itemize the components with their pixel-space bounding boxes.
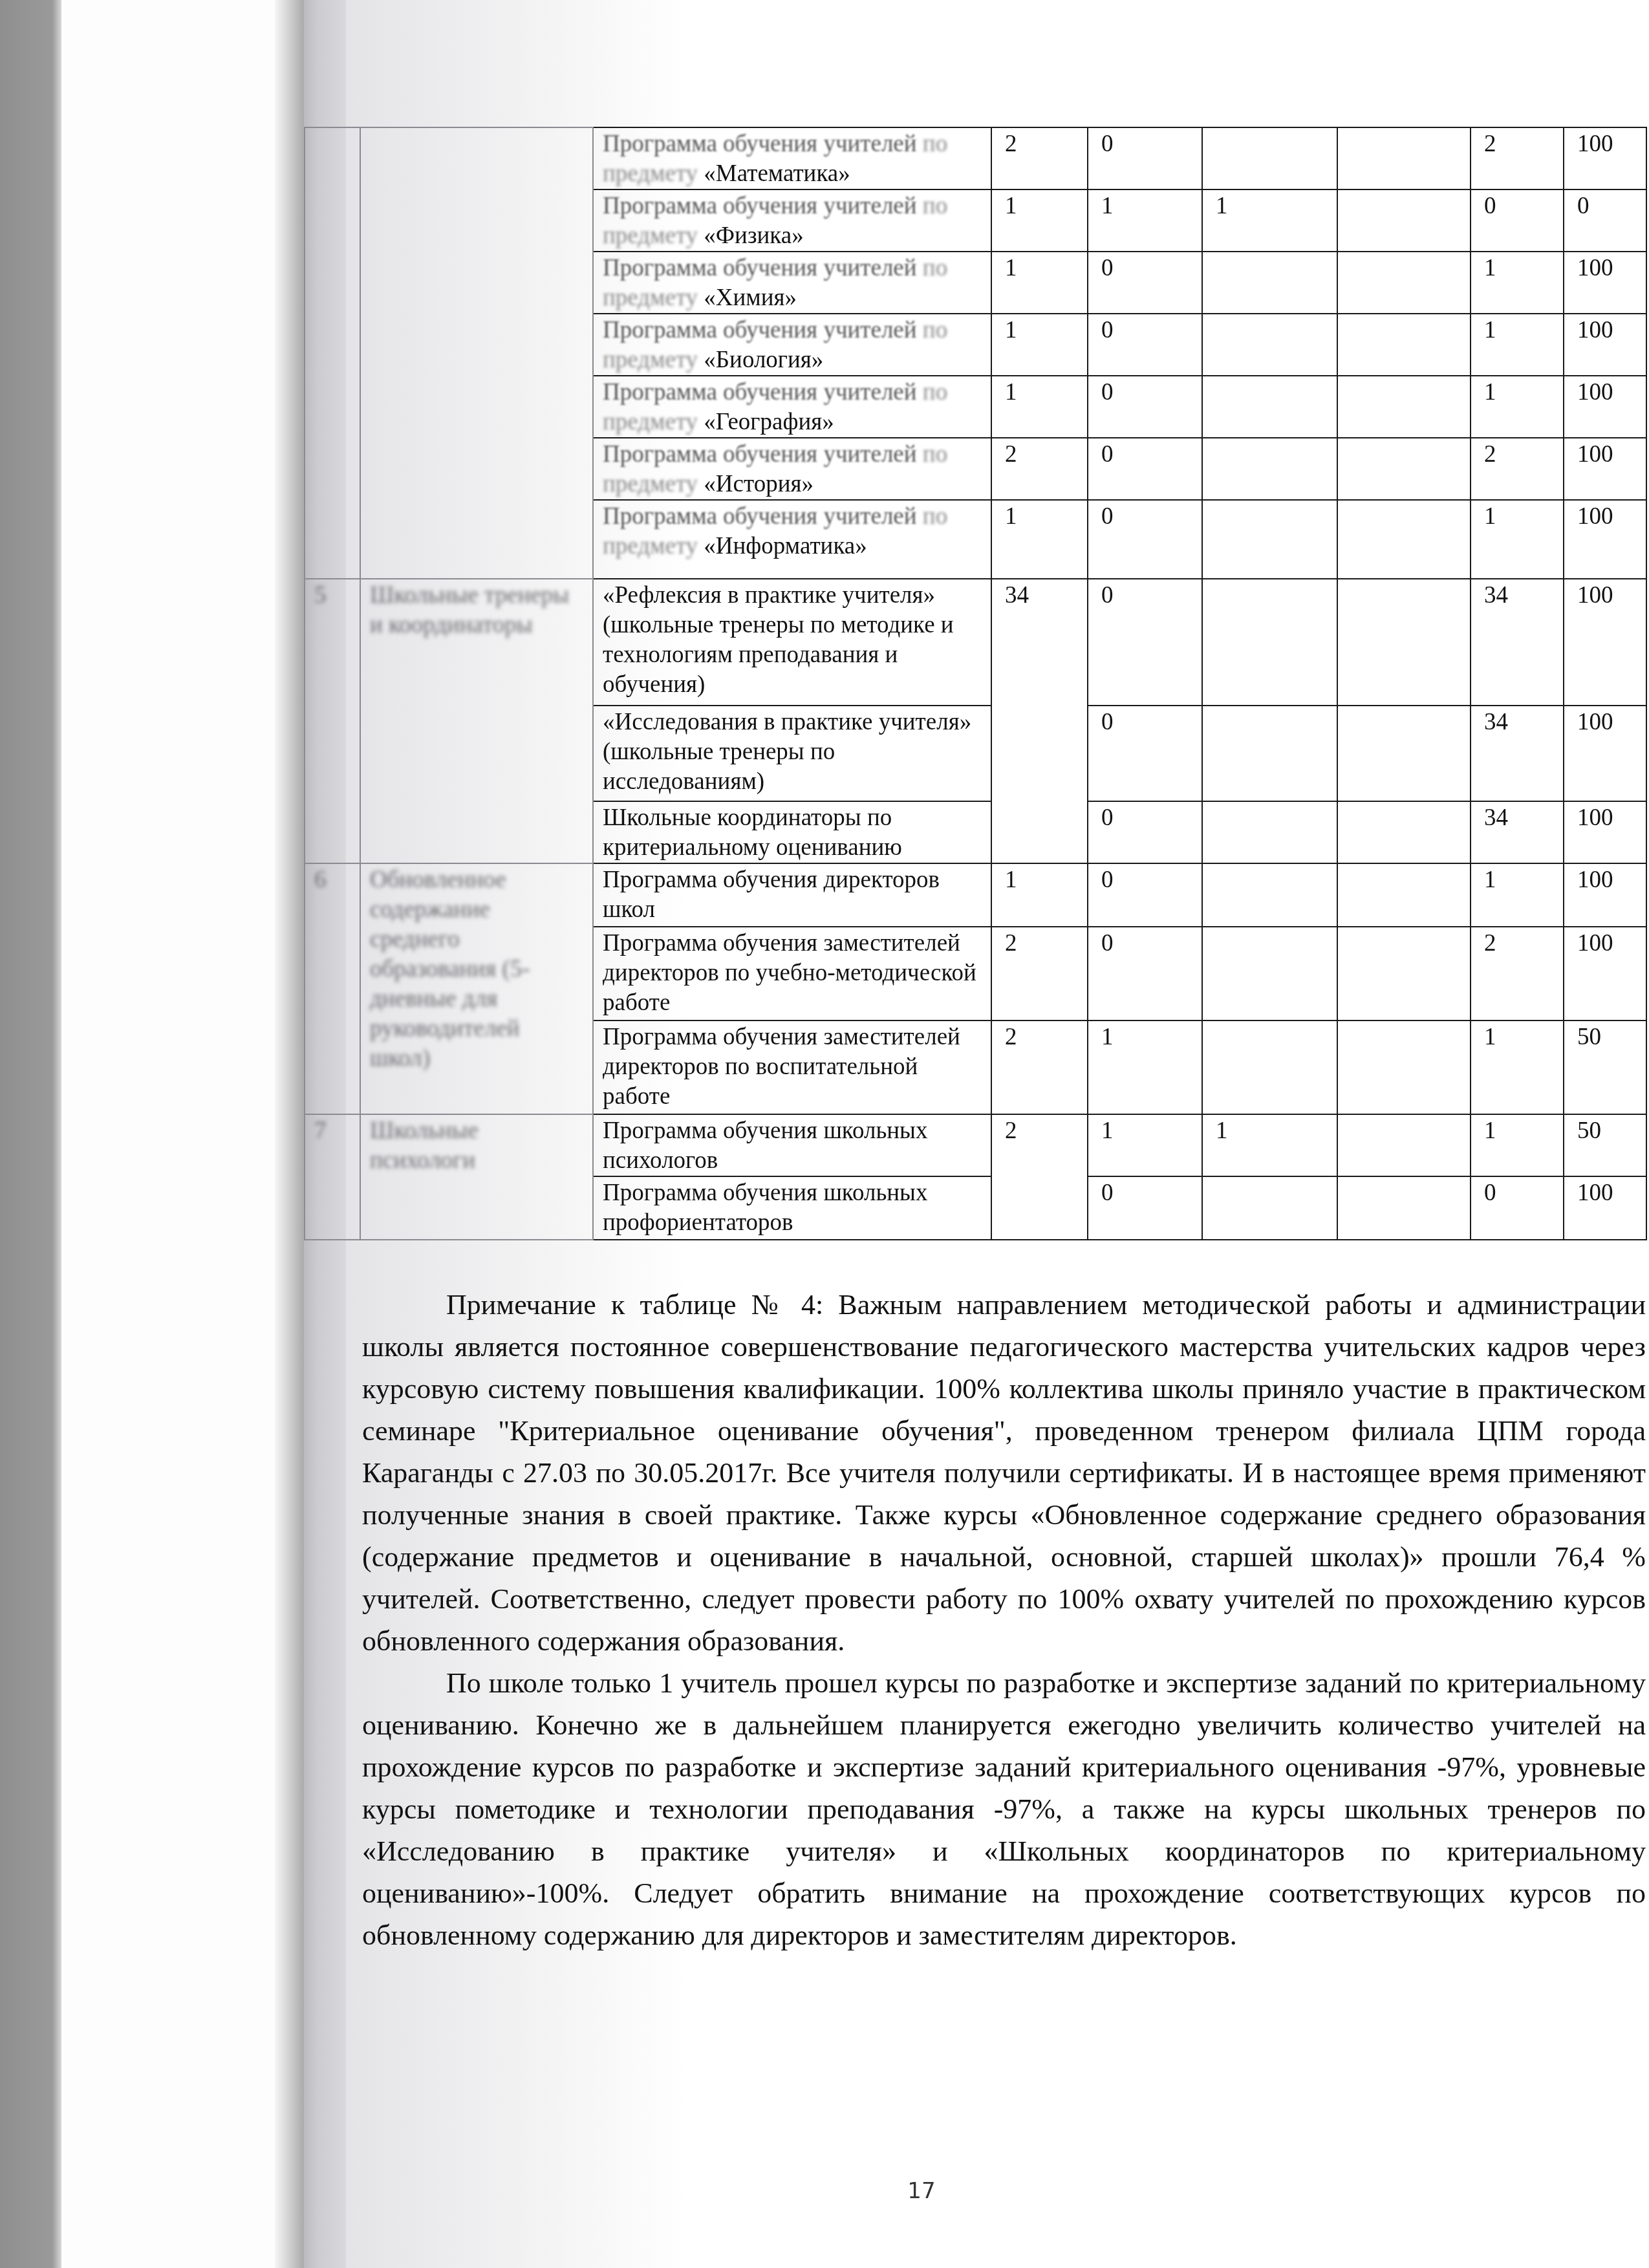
value-cell-c3: [1202, 127, 1337, 189]
value-cell-c2: 0: [1088, 801, 1202, 863]
value-cell-c4: [1337, 927, 1471, 1021]
value-cell-c5: 1: [1471, 1021, 1564, 1114]
value-cell-c2: 0: [1088, 579, 1202, 706]
table-row: 7Школьные психологиПрограмма обучения шк…: [305, 1114, 1646, 1176]
value-cell-c3: [1202, 579, 1337, 706]
scan-margin: [61, 0, 275, 2268]
value-cell-c2: 0: [1088, 927, 1202, 1021]
value-cell-c6: 100: [1564, 500, 1646, 579]
program-cell: Программа обучения школьных профориентат…: [593, 1176, 991, 1240]
value-cell-c3: [1202, 500, 1337, 579]
value-cell-c3: [1202, 927, 1337, 1021]
value-cell-c4: [1337, 500, 1471, 579]
value-cell-c5: 0: [1471, 1176, 1564, 1240]
value-cell-c1: 1: [991, 376, 1088, 438]
value-cell-c3: [1202, 376, 1337, 438]
value-cell-c2: 0: [1088, 500, 1202, 579]
value-cell-c5: 1: [1471, 500, 1564, 579]
value-cell-c2: 0: [1088, 252, 1202, 314]
value-cell-c1: 2: [991, 1021, 1088, 1114]
program-cell: Программа обучения учителей по предмету …: [593, 438, 991, 500]
program-cell: Программа обучения учителей по предмету …: [593, 376, 991, 438]
value-cell-c4: [1337, 863, 1471, 927]
program-cell: Программа обучения директоров школ: [593, 863, 991, 927]
value-cell-c3: [1202, 706, 1337, 801]
value-cell-c2: 0: [1088, 863, 1202, 927]
value-cell-c5: 34: [1471, 706, 1564, 801]
scan-dark-edge: [0, 0, 61, 2268]
program-cell: Программа обучения учителей по предмету …: [593, 314, 991, 376]
row-number-cell: 5: [305, 579, 360, 863]
value-cell-c6: 50: [1564, 1021, 1646, 1114]
value-cell-c5: 1: [1471, 252, 1564, 314]
value-cell-c1: 2: [991, 927, 1088, 1021]
value-cell-c3: [1202, 1176, 1337, 1240]
category-cell: [360, 127, 593, 579]
program-cell: Программа обучения заместителей директор…: [593, 927, 991, 1021]
program-cell: Программа обучения учителей по предмету …: [593, 252, 991, 314]
value-cell-c5: 2: [1471, 438, 1564, 500]
value-cell-c6: 100: [1564, 927, 1646, 1021]
value-cell-c1: 1: [991, 189, 1088, 252]
value-cell-c2: 0: [1088, 314, 1202, 376]
value-cell-c6: 100: [1564, 863, 1646, 927]
value-cell-c3: [1202, 801, 1337, 863]
row-number-cell: 6: [305, 863, 360, 1114]
value-cell-c4: [1337, 1021, 1471, 1114]
value-cell-c6: 100: [1564, 579, 1646, 706]
value-cell-c5: 1: [1471, 376, 1564, 438]
value-cell-c4: [1337, 1176, 1471, 1240]
value-cell-c5: 0: [1471, 189, 1564, 252]
value-cell-c2: 1: [1088, 1021, 1202, 1114]
value-cell-c2: 0: [1088, 438, 1202, 500]
program-cell: Школьные координаторы по критериальному …: [593, 801, 991, 863]
program-cell: Программа обучения учителей по предмету …: [593, 189, 991, 252]
value-cell-c2: 0: [1088, 1176, 1202, 1240]
value-cell-c5: 34: [1471, 579, 1564, 706]
value-cell-c4: [1337, 579, 1471, 706]
value-cell-c1: 34: [991, 579, 1088, 863]
value-cell-c4: [1337, 438, 1471, 500]
value-cell-c4: [1337, 189, 1471, 252]
value-cell-c5: 2: [1471, 127, 1564, 189]
program-cell: Программа обучения заместителей директор…: [593, 1021, 991, 1114]
category-cell: Школьные тренеры и координаторы: [360, 579, 593, 863]
value-cell-c4: [1337, 706, 1471, 801]
category-cell: Обновленное содержание среднего образова…: [360, 863, 593, 1114]
note-paragraph-1: Примечание к таблице № 4: Важным направл…: [362, 1284, 1646, 1662]
courses-table: Программа обучения учителей по предмету …: [304, 127, 1647, 1240]
table-note: Примечание к таблице № 4: Важным направл…: [362, 1284, 1646, 1956]
program-cell: «Исследования в практике учителя» (школь…: [593, 706, 991, 801]
table-row: 6Обновленное содержание среднего образов…: [305, 863, 1646, 927]
value-cell-c6: 100: [1564, 706, 1646, 801]
program-cell: «Рефлексия в практике учителя» (школьные…: [593, 579, 991, 706]
value-cell-c6: 0: [1564, 189, 1646, 252]
value-cell-c4: [1337, 127, 1471, 189]
value-cell-c1: 2: [991, 1114, 1088, 1240]
value-cell-c2: 1: [1088, 1114, 1202, 1176]
value-cell-c5: 1: [1471, 1114, 1564, 1176]
value-cell-c6: 100: [1564, 438, 1646, 500]
value-cell-c1: 2: [991, 127, 1088, 189]
value-cell-c5: 34: [1471, 801, 1564, 863]
value-cell-c3: [1202, 438, 1337, 500]
value-cell-c3: [1202, 252, 1337, 314]
value-cell-c5: 1: [1471, 863, 1564, 927]
value-cell-c5: 2: [1471, 927, 1564, 1021]
value-cell-c6: 100: [1564, 314, 1646, 376]
page-number: 17: [97, 2178, 1649, 2204]
value-cell-c2: 0: [1088, 706, 1202, 801]
value-cell-c2: 0: [1088, 376, 1202, 438]
value-cell-c4: [1337, 252, 1471, 314]
value-cell-c3: [1202, 863, 1337, 927]
value-cell-c3: [1202, 1021, 1337, 1114]
value-cell-c5: 1: [1471, 314, 1564, 376]
value-cell-c6: 100: [1564, 376, 1646, 438]
value-cell-c1: 1: [991, 314, 1088, 376]
value-cell-c6: 100: [1564, 801, 1646, 863]
value-cell-c6: 100: [1564, 1176, 1646, 1240]
value-cell-c1: 2: [991, 438, 1088, 500]
row-number-cell: 7: [305, 1114, 360, 1240]
category-cell: Школьные психологи: [360, 1114, 593, 1240]
program-cell: Программа обучения школьных психологов: [593, 1114, 991, 1176]
table-row: 5Школьные тренеры и координаторы«Рефлекс…: [305, 579, 1646, 706]
value-cell-c2: 0: [1088, 127, 1202, 189]
program-cell: Программа обучения учителей по предмету …: [593, 127, 991, 189]
table-row: Программа обучения учителей по предмету …: [305, 127, 1646, 189]
row-number-cell: [305, 127, 360, 579]
program-cell: Программа обучения учителей по предмету …: [593, 500, 991, 579]
value-cell-c3: 1: [1202, 189, 1337, 252]
value-cell-c6: 100: [1564, 252, 1646, 314]
value-cell-c4: [1337, 314, 1471, 376]
note-paragraph-2: По школе только 1 учитель прошел курсы п…: [362, 1662, 1646, 1956]
value-cell-c3: [1202, 314, 1337, 376]
value-cell-c3: 1: [1202, 1114, 1337, 1176]
value-cell-c4: [1337, 1114, 1471, 1176]
value-cell-c6: 50: [1564, 1114, 1646, 1176]
value-cell-c1: 1: [991, 252, 1088, 314]
value-cell-c4: [1337, 801, 1471, 863]
value-cell-c1: 1: [991, 500, 1088, 579]
value-cell-c2: 1: [1088, 189, 1202, 252]
value-cell-c4: [1337, 376, 1471, 438]
value-cell-c1: 1: [991, 863, 1088, 927]
value-cell-c6: 100: [1564, 127, 1646, 189]
